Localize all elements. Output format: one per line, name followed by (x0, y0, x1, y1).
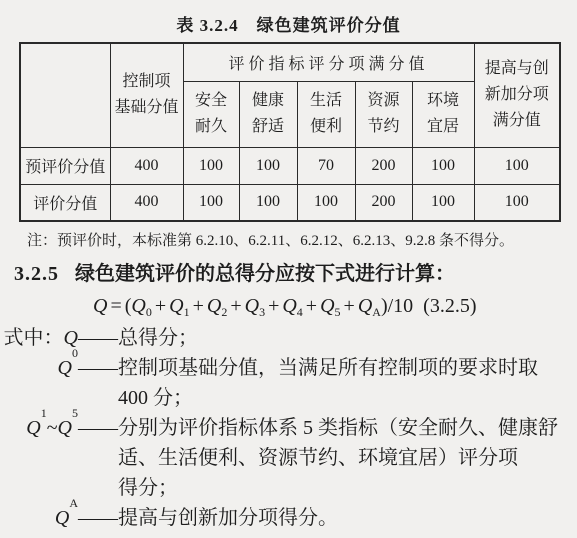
row-label: 预评价分值 (20, 147, 110, 184)
definition-term: Q (58, 413, 72, 443)
equation-3-2-5: Q=(Q0+Q1+Q2+Q3+Q4+Q5+QA)/10(3.2.5) (93, 292, 577, 320)
cell-value: 400 (110, 147, 183, 184)
row-label: 评价分值 (20, 184, 110, 221)
definition-term: Q (55, 503, 69, 533)
header-cell-empty (20, 43, 110, 147)
clause-number: 3.2.5 (14, 263, 59, 285)
plus-sign: + (344, 295, 355, 317)
plus-sign: + (268, 295, 279, 317)
table-note: 注：预评价时，本标准第 6.2.10、6.2.11、6.2.12、6.2.13、… (27, 231, 577, 252)
close-paren-div10: )/10 (381, 295, 413, 317)
definition-term: Q (26, 413, 40, 443)
term-subscript: 2 (221, 305, 227, 319)
definition-text: 控制项基础分值，当满足所有控制项的要求时取 (118, 353, 567, 383)
table-caption: 表 3.2.4 绿色建筑评价分值 (0, 0, 577, 36)
equation-term: Q (131, 295, 145, 317)
definition-dash: —— (78, 503, 118, 533)
equation-term: Q (169, 295, 183, 317)
header-cell-indicator-group: 评价指标评分项满分值 (183, 43, 474, 81)
definition-text: 分别为评价指标体系 5 类指标（安全耐久、健康舒 (118, 413, 567, 443)
definition-row-q0: Q0—— 控制项基础分值，当满足所有控制项的要求时取 400 分； (0, 353, 577, 413)
definition-text: 提高与创新加分项得分。 (118, 503, 567, 533)
definition-text: 总得分； (118, 323, 567, 353)
cell-value: 100 (412, 147, 474, 184)
term-subscript: A (372, 305, 381, 319)
cell-value: 200 (355, 147, 412, 184)
header-cell-bonus-innovation: 提高与创 新加分项 满分值 (474, 43, 560, 147)
header-cell-safety-durability: 安全 耐久 (183, 81, 239, 147)
green-building-score-table: 控制项 基础分值 评价指标评分项满分值 提高与创 新加分项 满分值 安全 耐久 … (19, 42, 561, 222)
definition-row-q1-q5: Q1~Q5—— 分别为评价指标体系 5 类指标（安全耐久、健康舒 适、生活便利、… (0, 413, 577, 503)
definition-text: 400 分； (118, 383, 567, 413)
header-cell-control-basic: 控制项 基础分值 (110, 43, 183, 147)
cell-value: 70 (297, 147, 355, 184)
definition-row-qa: QA—— 提高与创新加分项得分。 (0, 503, 577, 533)
plus-sign: + (193, 295, 204, 317)
table-row-evaluation: 评价分值 400 100 100 100 200 100 100 (20, 184, 560, 221)
where-prefix: 式中： (4, 323, 64, 353)
equation-term: Q (245, 295, 259, 317)
clause-3-2-5-heading: 3.2.5绿色建筑评价的总得分应按下式进行计算： (14, 260, 577, 288)
cell-value: 100 (297, 184, 355, 221)
cell-value: 100 (474, 184, 560, 221)
tilde-separator: ~ (47, 413, 58, 443)
plus-sign: + (306, 295, 317, 317)
clause-text: 绿色建筑评价的总得分应按下式进行计算： (75, 263, 455, 285)
cell-value: 100 (474, 147, 560, 184)
cell-value: 100 (239, 147, 297, 184)
term-subscript: 5 (335, 305, 341, 319)
equation-term: Q (320, 295, 334, 317)
header-cell-environment-livability: 环境 宜居 (412, 81, 474, 147)
header-cell-resource-saving: 资源 节约 (355, 81, 412, 147)
definition-dash: —— (78, 413, 118, 443)
equation-term: Q (207, 295, 221, 317)
header-cell-life-convenience: 生活 便利 (297, 81, 355, 147)
definition-dash: —— (78, 323, 118, 353)
table-row-pre-evaluation: 预评价分值 400 100 100 70 200 100 100 (20, 147, 560, 184)
equation-term: Q (358, 295, 372, 317)
definition-dash: —— (78, 353, 118, 383)
term-subscript: 3 (259, 305, 265, 319)
definition-term: Q (58, 353, 72, 383)
equals-sign: = (110, 295, 121, 317)
cell-value: 100 (412, 184, 474, 221)
cell-value: 100 (239, 184, 297, 221)
definition-row-q: 式中： Q—— 总得分； (0, 323, 577, 353)
definition-text: 得分； (118, 473, 567, 503)
equation-term: Q (282, 295, 296, 317)
cell-value: 100 (183, 184, 239, 221)
term-subscript: 1 (184, 305, 190, 319)
definition-text: 适、生活便利、资源节约、环境宜居）评分项 (118, 443, 567, 473)
cell-value: 400 (110, 184, 183, 221)
plus-sign: + (230, 295, 241, 317)
cell-value: 200 (355, 184, 412, 221)
term-subscript: 4 (297, 305, 303, 319)
where-clause: 式中： Q—— 总得分； Q0—— 控制项基础分值，当满足所有控制项的要求时取 … (0, 323, 577, 533)
table-header-row-1: 控制项 基础分值 评价指标评分项满分值 提高与创 新加分项 满分值 (20, 43, 560, 81)
plus-sign: + (155, 295, 166, 317)
equation-number: (3.2.5) (423, 295, 476, 317)
term-subscript: A (69, 503, 78, 533)
term-subscript: 0 (146, 305, 152, 319)
cell-value: 100 (183, 147, 239, 184)
header-cell-health-comfort: 健康 舒适 (239, 81, 297, 147)
equation-lhs: Q (93, 295, 107, 317)
document-page: 表 3.2.4 绿色建筑评价分值 控制项 基础分值 评价指标评分项满分值 提高与… (0, 0, 577, 538)
